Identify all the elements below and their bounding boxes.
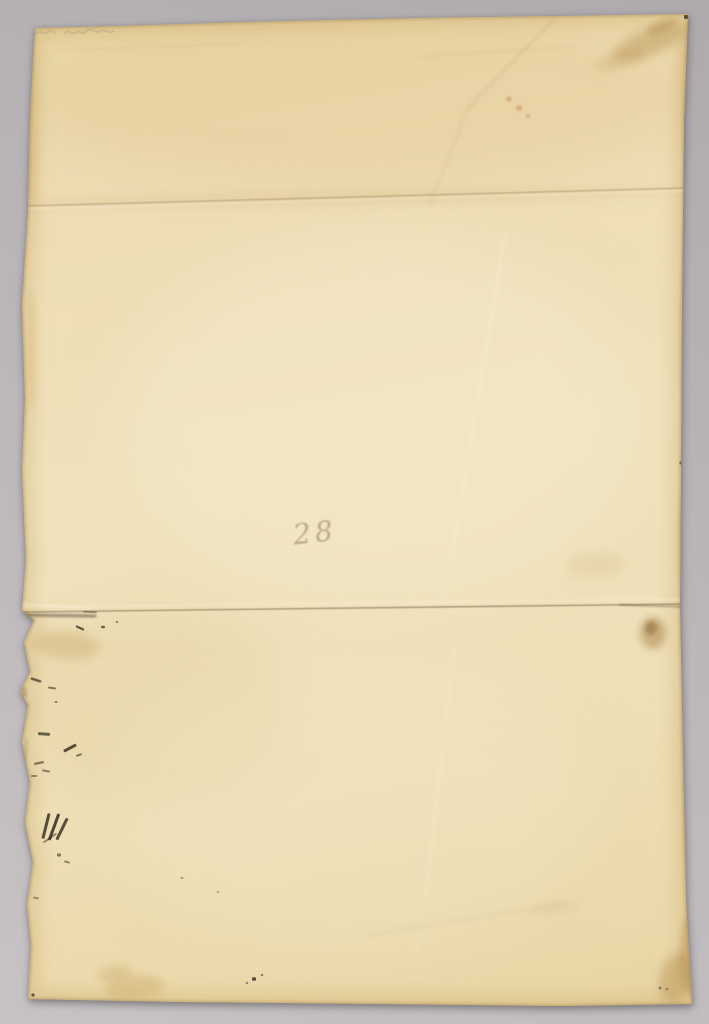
artifact-layer — [0, 0, 709, 1024]
document-sheet-verso: 28 — [0, 0, 709, 1024]
stain-layer — [10, 5, 698, 1007]
photograph-background: 28 — [0, 0, 709, 1024]
pencil-number-inscription: 28 — [291, 514, 338, 551]
paper-shadow: 28 — [0, 0, 709, 1024]
